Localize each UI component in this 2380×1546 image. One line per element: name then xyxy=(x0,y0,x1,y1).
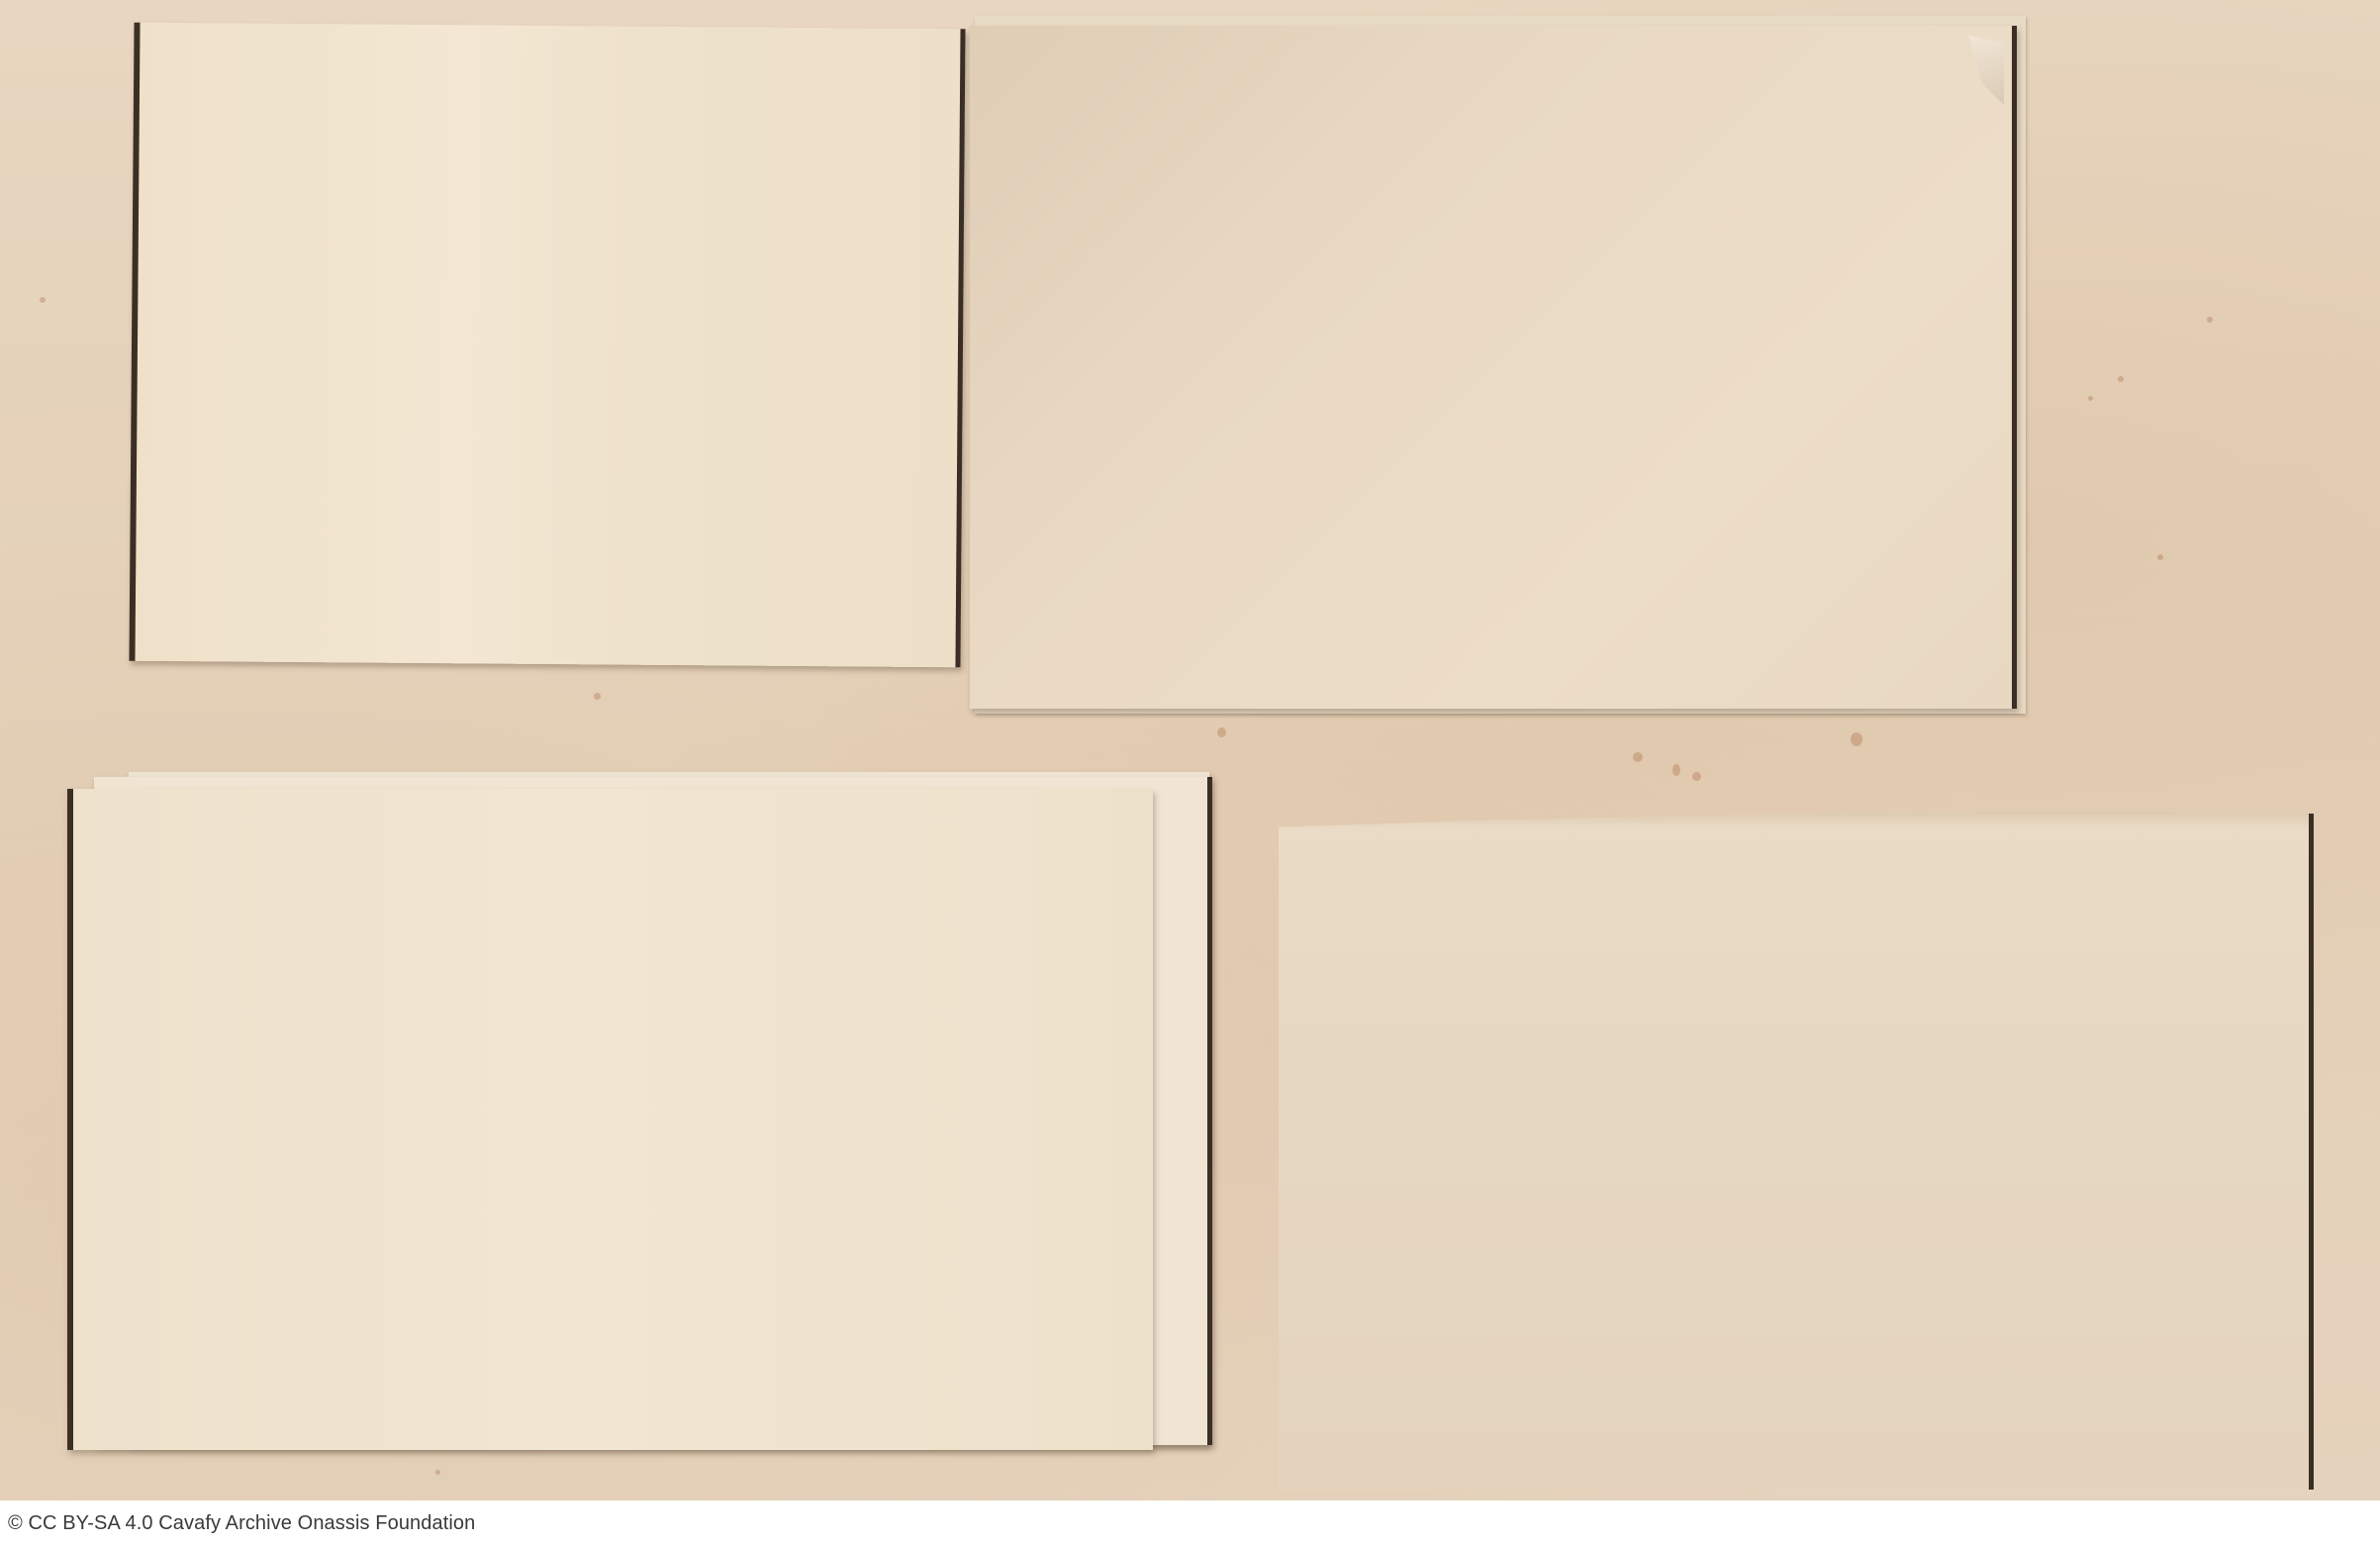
archival-scan xyxy=(0,0,2380,1500)
foxing-spot xyxy=(435,1470,440,1475)
foxing-spot xyxy=(594,693,601,700)
foxing-spot xyxy=(2088,396,2093,401)
foxing-spot xyxy=(2157,554,2163,560)
bottom-left-sheet xyxy=(67,789,1153,1450)
top-right-sheet xyxy=(970,26,2017,709)
folded-corner xyxy=(1968,36,2004,105)
foxing-spot xyxy=(1217,727,1226,737)
foxing-spot xyxy=(1851,732,1862,746)
torn-edge xyxy=(1279,814,2309,827)
foxing-spot xyxy=(1633,752,1643,762)
copyright-caption: © CC BY-SA 4.0 Cavafy Archive Onassis Fo… xyxy=(8,1512,475,1535)
foxing-spot xyxy=(1692,772,1701,781)
foxing-spot xyxy=(2207,317,2213,323)
foxing-spot xyxy=(2118,376,2124,382)
foxing-spot xyxy=(1672,764,1680,776)
top-left-sheet xyxy=(129,23,965,668)
foxing-spot xyxy=(40,297,46,303)
bottom-right-sheet xyxy=(1279,814,2314,1490)
